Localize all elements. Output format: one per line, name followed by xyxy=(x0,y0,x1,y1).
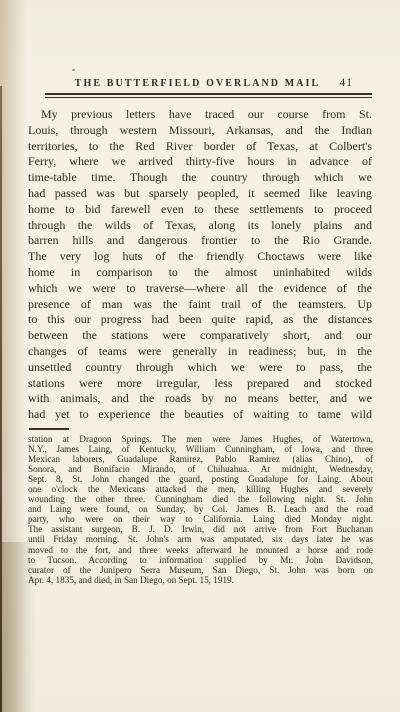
footnote-line: Apr. 4, 1835, and died, in San Diego, on… xyxy=(28,575,373,585)
footnote-line: The assistant surgeon, B. J. D. Irwin, d… xyxy=(28,524,373,534)
body-line: which we were to traverse—where all the … xyxy=(28,281,372,297)
header-double-rule xyxy=(45,93,372,98)
footnote-line: one o'clock the Mexicans attacked the me… xyxy=(28,484,373,494)
body-line: to this our progress had been quite rapi… xyxy=(28,312,372,328)
body-line: between the stations were comparatively … xyxy=(28,328,372,344)
footnote-line: and Laing were found, on Sunday, by Col.… xyxy=(28,504,373,514)
footnote-line: Sept. 8, St. John changed the guard, pos… xyxy=(28,474,373,484)
paper-speck xyxy=(72,69,75,71)
footnote-line: moved to the fort, and three weeks after… xyxy=(28,545,373,555)
body-line: through the wilds of Texas, along its lo… xyxy=(28,218,372,234)
body-line: barren hills and dangerous frontier to t… xyxy=(28,233,372,249)
body-line: My previous letters have traced our cour… xyxy=(28,107,372,123)
body-line: time-table time. Though the country thro… xyxy=(28,170,372,186)
footnote-text: station at Dragoon Springs. The men were… xyxy=(28,434,373,585)
body-line: territories, to the Red River border of … xyxy=(28,139,372,155)
book-page: THE BUTTERFIELD OVERLAND MAIL 41 My prev… xyxy=(0,0,400,712)
footnote-line: Sonora, and Bonifacio Mirando, of Chihua… xyxy=(28,464,373,474)
body-line: Louis, through western Missouri, Arkansa… xyxy=(28,123,372,139)
footnote-line: curator of the Junipero Serra Museum, Sa… xyxy=(28,565,373,575)
running-header-title: THE BUTTERFIELD OVERLAND MAIL xyxy=(45,78,350,89)
body-line: stations were more irregular, less prepa… xyxy=(28,376,372,392)
body-line: home to bid farewell even to these settl… xyxy=(28,202,372,218)
footnote-line: station at Dragoon Springs. The men were… xyxy=(28,434,373,444)
footnote-separator-rule xyxy=(29,428,69,430)
footnote-line: party, who were on their way to Californ… xyxy=(28,514,373,524)
footnote-line: N.Y., James Laing, of Kentucky, William … xyxy=(28,444,373,454)
body-line: unsettled country through which we were … xyxy=(28,360,372,376)
body-line: with animals, and the roads by no means … xyxy=(28,391,372,407)
footnote-line: to Tucson. According to information supp… xyxy=(28,555,373,565)
body-line: Ferry, where we arrived thirty-five hour… xyxy=(28,154,372,170)
page-number: 41 xyxy=(340,77,354,89)
body-line: changes of teams were generally in readi… xyxy=(28,344,372,360)
footnote-line: until Friday morning. St. John's arm was… xyxy=(28,534,373,544)
body-text: My previous letters have traced our cour… xyxy=(28,107,372,423)
footnote-line: Mexican laborers, Guadalupe Ramirez, Pab… xyxy=(28,454,373,464)
body-line: had yet to experience the beauties of wa… xyxy=(28,407,372,423)
body-line: home in comparison to the almost uninhab… xyxy=(28,265,372,281)
running-header: THE BUTTERFIELD OVERLAND MAIL 41 xyxy=(45,77,372,92)
body-line: presence of man was the faint trail of t… xyxy=(28,297,372,313)
body-line: had passed was but sparsely peopled, it … xyxy=(28,186,372,202)
footnote-line: wounding the other three. Cunningham die… xyxy=(28,494,373,504)
body-line: The very log huts of the friendly Chocta… xyxy=(28,249,372,265)
page-edge-line xyxy=(0,86,2,712)
